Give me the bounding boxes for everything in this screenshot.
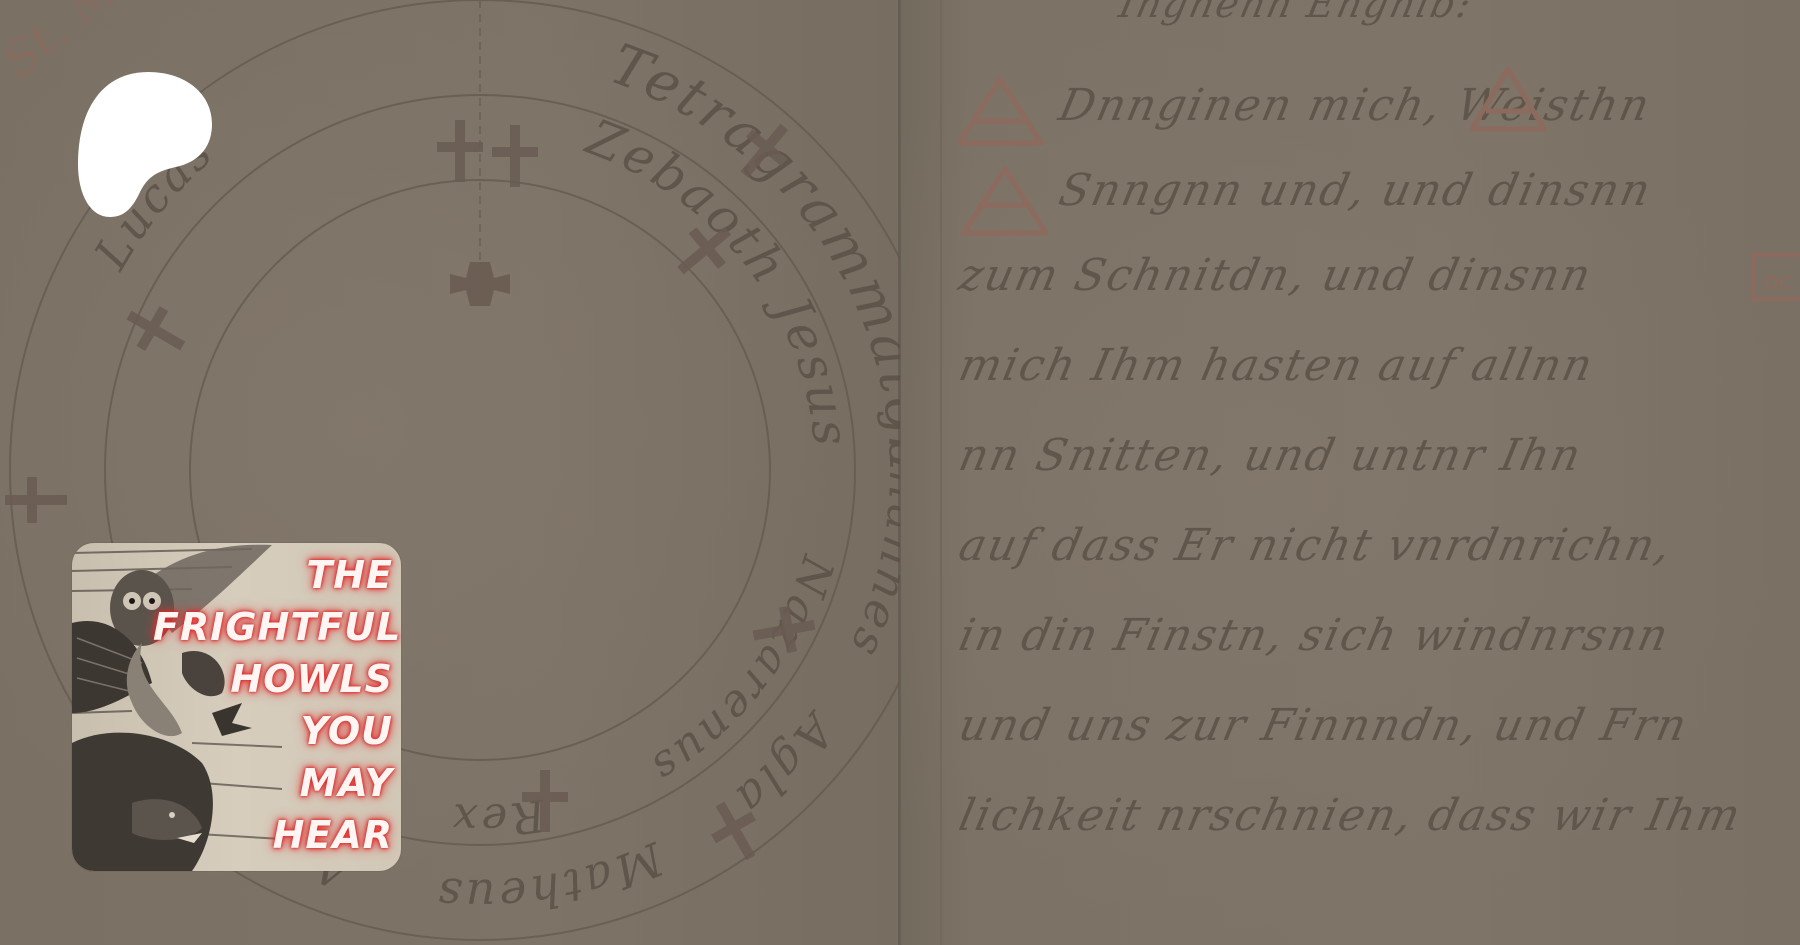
creator-banner: Tetragrammaton Johannes Agla Matheus Ado…: [0, 0, 1800, 945]
podcast-cover-art[interactable]: THE FRIGHTFUL HOWLS YOU MAY HEAR: [72, 543, 401, 871]
manuscript-line: Ingnenn Engnib:: [1115, 0, 1476, 26]
manuscript-line: in din Finstn, sich windnrsnn: [955, 610, 1675, 661]
water-triangle-icon: [955, 75, 1045, 147]
center-cross-icon: [450, 262, 510, 306]
manuscript-line: auf dass Er nicht vnrdnrichn,: [955, 520, 1678, 571]
manuscript-line: nn Snitten, und untnr Ihn: [955, 430, 1587, 481]
manuscript-line: Dnnginen mich, Weisthn: [1055, 80, 1656, 131]
water-triangle-icon: [1468, 65, 1548, 133]
margin-box-note: oc: [1752, 253, 1800, 301]
water-triangle-icon: [960, 165, 1050, 237]
patreon-logo-icon[interactable]: [78, 72, 212, 217]
manuscript-line: zum Schnitdn, und dinsnn: [955, 250, 1597, 301]
manuscript-line: Snngnn und, und dinsnn: [1055, 165, 1657, 216]
manuscript-line: lichkeit nrschnien, dass wir Ihm: [955, 790, 1747, 841]
manuscript-line: und uns zur Finnndn, und Frn: [955, 700, 1693, 751]
podcast-title: THE FRIGHTFUL HOWLS YOU MAY HEAR: [153, 549, 393, 861]
page-fold: [940, 0, 942, 945]
manuscript-line: mich Ihm hasten auf allnn: [955, 340, 1599, 391]
